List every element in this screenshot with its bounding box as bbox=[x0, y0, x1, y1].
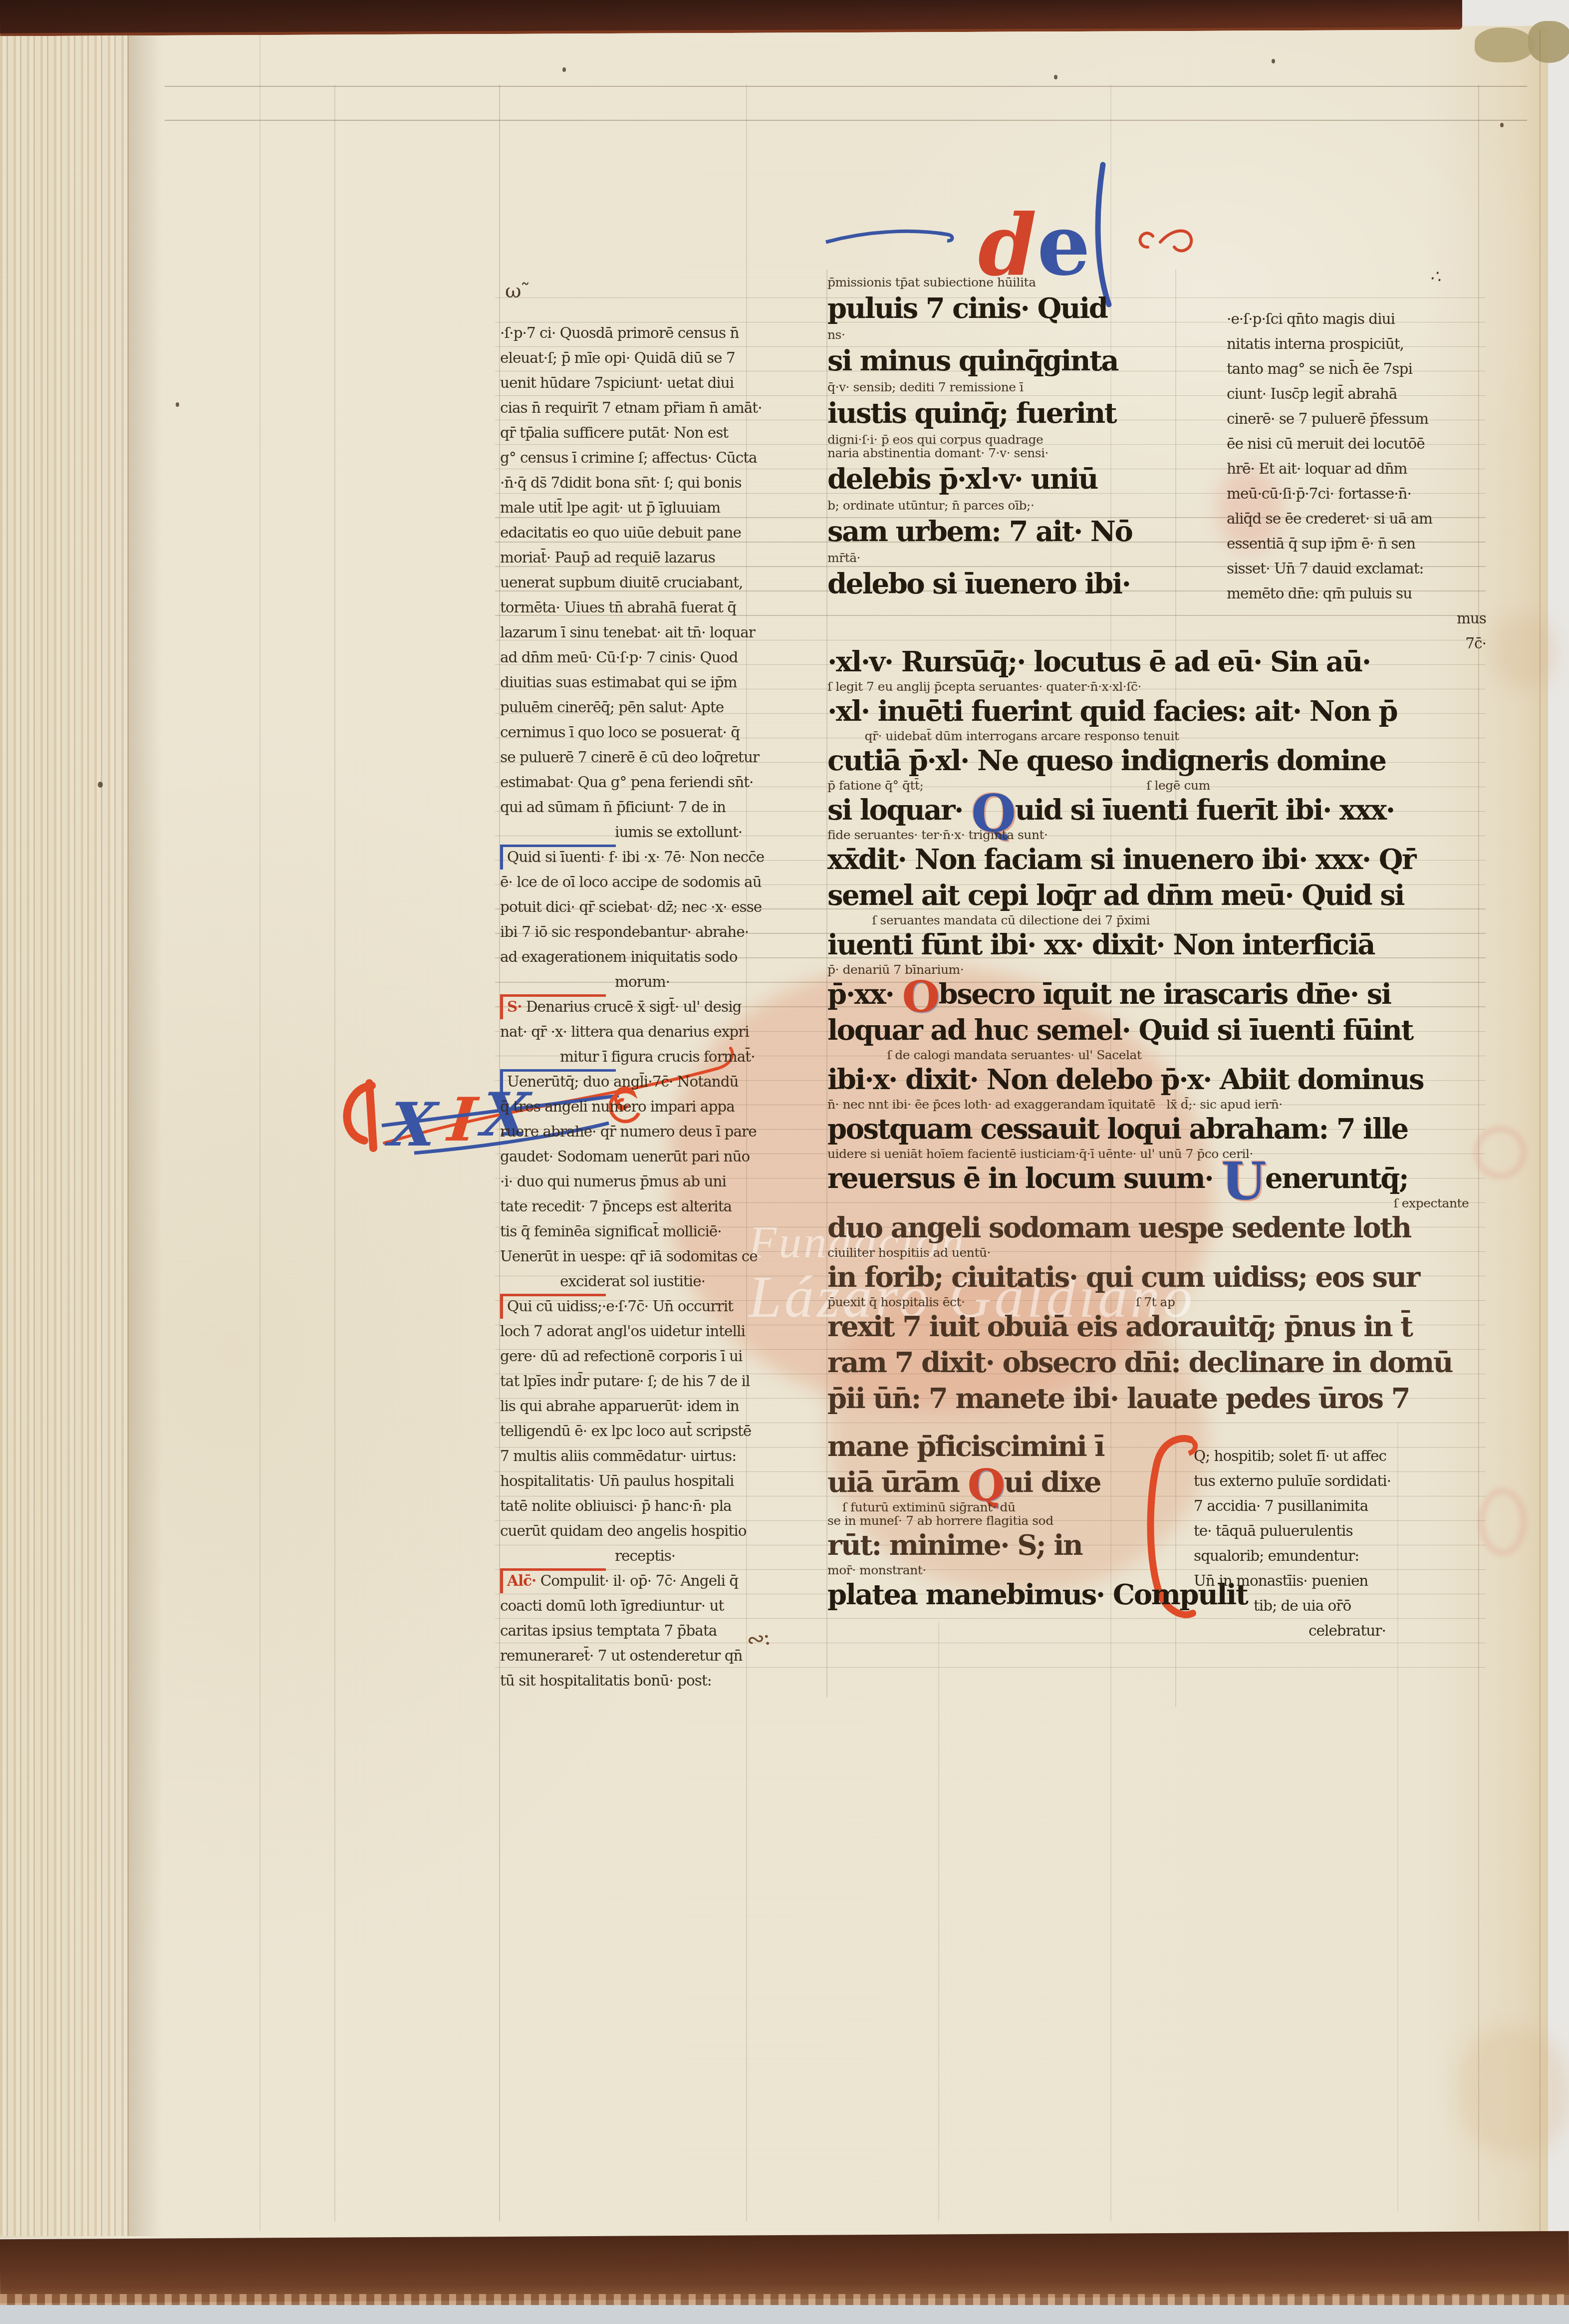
bottom-binding-edge bbox=[0, 2231, 1569, 2303]
gloss-line: Quid si īuenti· f· ibi ·x· 7ē· Non necc̄… bbox=[500, 845, 752, 870]
line-text: ē· lce de oī loco accipe de sodomis aū bbox=[500, 873, 762, 890]
line-text: semel ait cepi loq̄r ad dn̄m meū· Quid s… bbox=[827, 879, 1404, 912]
gloss-line: Alc̄· Compulit· il· op̄· 7c̄· Angeli q̄ bbox=[500, 1568, 752, 1593]
bible-line: p̄ fatione q̄° q̄tt̄; ſ legē cum bbox=[827, 779, 1491, 792]
line-text: Q; hospitib; solet fī· ut affec bbox=[1194, 1448, 1386, 1464]
line-text: qr̄· uidebat̄ dūm interrogans arcare res… bbox=[827, 729, 1179, 743]
line-text: g° census ī crimine ſ; affectus· Cūcta bbox=[500, 449, 757, 466]
line-text: p̄missionis tp̄at subiectione hūilita bbox=[827, 275, 1036, 290]
page-edge-crease bbox=[1540, 30, 1541, 2231]
line-text: uid si īuenti fuerīt ibi· xxx· bbox=[1015, 794, 1394, 827]
line-text: ſ legit 7 eu anglij p̄cepta seruantes· q… bbox=[827, 679, 1141, 694]
line-text: loquar ad huc semel· Quid si īuenti fūin… bbox=[827, 1014, 1413, 1047]
line-text: nat· qr̄ ·x· littera qua denarius expri bbox=[500, 1023, 749, 1040]
gloss-line: uenit hūdare 7spiciunt· uetat diui bbox=[500, 370, 752, 395]
gloss-line: qr̄ tp̄alia sufficere putāt· Non est bbox=[500, 420, 752, 445]
gloss-line: receptis· bbox=[615, 1543, 752, 1568]
line-text: Denarius crucē x̄ sigt̄· ul' desig bbox=[522, 998, 742, 1015]
bible-line: in forib; ciuitatis· qui cum uidiss; eos… bbox=[827, 1259, 1491, 1295]
gloss-line: remuneraret̄· 7 ut ostenderetur qn̄ bbox=[500, 1643, 752, 1668]
gloss-line: tat lpīes ind̄r putare· ſ; de his 7 de i… bbox=[500, 1369, 752, 1394]
gloss-line: tis q̄ feminēa significat̄ molliciē· bbox=[500, 1219, 752, 1244]
line-text: hrē· Et ait· loquar ad dn̄m bbox=[1227, 460, 1407, 477]
stain bbox=[1457, 2027, 1569, 2156]
speck bbox=[176, 402, 179, 407]
gloss-line: lazarum ī sinu tenebat· ait tn̄· loquar bbox=[500, 620, 752, 645]
line-text: telligendū ē· ex lpc loco aut̄ scripstē bbox=[500, 1423, 751, 1440]
line-text: iuenti fūnt ibi· xx· dixit· Non interfic… bbox=[827, 928, 1374, 961]
line-text: ſ de calogi mandata seruantes· ul' Sacel… bbox=[827, 1048, 1141, 1062]
gloss-line: ciunt· Iusc̄p legit̄ abrahā bbox=[1227, 381, 1486, 406]
line-text: delebo si īuenero ibi· bbox=[827, 568, 1130, 600]
line-text: tat lpīes ind̄r putare· ſ; de his 7 de i… bbox=[500, 1373, 750, 1390]
line-text: rexit 7 iuit obuiā eis adorauitq̄; p̄nus… bbox=[827, 1310, 1412, 1343]
gloss-line: cernimus ī quo loco se posuerat· q̄ bbox=[500, 720, 752, 745]
line-text-pre: si loquar· bbox=[827, 794, 971, 827]
bible-line: ſ seruantes mandata cū dilectione dei 7 … bbox=[827, 913, 1491, 927]
gloss-line: te· tāquā puluerulentis bbox=[1194, 1518, 1481, 1543]
line-text: se in muneſ· 7 ab horrere flagitia sod bbox=[827, 1513, 1053, 1528]
gloss-line: eleuat·ſ; p̄ mīe opi· Quidā diū se 7 bbox=[500, 345, 752, 370]
line-text: Un̄ in monastīis· puenien bbox=[1194, 1572, 1368, 1589]
bible-line: cutiā p̄·xl· Ne queso indigneris domine bbox=[827, 743, 1491, 779]
bible-line: p̄ii ūn̄: 7 manete ibi· lauate pedes ūro… bbox=[827, 1381, 1491, 1417]
gloss-line: 7 accidia· 7 pusillanimita bbox=[1194, 1493, 1481, 1518]
bible-line: si minus quinq̄ginta bbox=[827, 341, 1237, 380]
bible-text-column-top: p̄missionis tp̄at subiectione hūilitapul… bbox=[827, 276, 1237, 603]
line-text: exciderat sol iustitie· bbox=[560, 1273, 705, 1290]
gloss-line: ·i· duo qui numerus p̄mus ab uni bbox=[500, 1169, 752, 1194]
left-gloss-column: ·ſ·p·7 ci· Quosdā primorē census n̄eleua… bbox=[500, 320, 752, 1693]
gloss-line: caritas ipsius temptata 7 p̄bata bbox=[500, 1618, 752, 1643]
gloss-line: Uenerūt in uespe: qr̄ iā sodomitas ce bbox=[500, 1244, 752, 1269]
line-text: duo angeli sodomam uespe sedente loth bbox=[827, 1211, 1411, 1244]
gloss-line: diuitias suas estimabat qui se ip̄m bbox=[500, 670, 752, 695]
gloss-line: coacti domū loth īgrediuntur· ut bbox=[500, 1593, 752, 1618]
line-text-pre: p̄·xx· bbox=[827, 978, 902, 1011]
corner-weight bbox=[1475, 27, 1535, 62]
line-text: tū sit hospitalitatis bonū· post: bbox=[500, 1672, 712, 1689]
line-text: morum· bbox=[615, 973, 670, 990]
line-text-pre: reuersus ē in locum suum· bbox=[827, 1162, 1221, 1195]
decorated-initial: U bbox=[1221, 1152, 1265, 1212]
gloss-line: edacitatis eo quo uiūe debuit pane bbox=[500, 520, 752, 545]
line-text: celebratur· bbox=[1308, 1622, 1386, 1639]
line-text: uidere si ueniāt hoīem facientē iusticia… bbox=[827, 1147, 1253, 1161]
table-surface bbox=[0, 2305, 1569, 2324]
gloss-line: memēto dn̄e: qm̄ puluis su bbox=[1227, 581, 1486, 606]
gloss-line: tib; de uia or̄ō bbox=[1254, 1593, 1481, 1618]
right-gloss-column-bottom: Q; hospitib; solet fī· ut affectus exter… bbox=[1194, 1444, 1481, 1643]
line-text: si minus quinq̄ginta bbox=[827, 344, 1118, 377]
gloss-line: Qui cū uidiss;·e·ſ·7c̄· Un̄ occurrit bbox=[500, 1294, 752, 1319]
bible-line: qr̄· uidebat̄ dūm interrogans arcare res… bbox=[827, 729, 1491, 743]
line-text: Quid si īuenti· f· ibi ·x· 7ē· Non necc̄… bbox=[507, 849, 764, 866]
line-text: Uenerūt in uespe: qr̄ iā sodomitas ce bbox=[500, 1248, 758, 1265]
gloss-line: S· Denarius crucē x̄ sigt̄· ul' desig bbox=[500, 994, 752, 1019]
gloss-line: telligendū ē· ex lpc loco aut̄ scripstē bbox=[500, 1419, 752, 1444]
line-text: edacitatis eo quo uiūe debuit pane bbox=[500, 524, 741, 541]
gloss-line: tus externo puluīe sordidati· bbox=[1194, 1468, 1481, 1493]
line-text: ·xl· inuēti fuerint quid facies: ait· No… bbox=[827, 695, 1397, 728]
line-text: mane p̄ficiscimini ī bbox=[827, 1430, 1104, 1463]
line-text: gaudet· Sodomam uenerūt pari nūo bbox=[500, 1148, 750, 1165]
line-text: potuit dici· qr̄ sciebat· dz̄; nec ·x· e… bbox=[500, 898, 762, 915]
bible-line: postquam cessauit loqui abraham: 7 ille bbox=[827, 1111, 1491, 1147]
bible-line: iustis quinq̄; fuerint bbox=[827, 394, 1237, 433]
line-text: puluēm cinerēq̄; pēn salut· Apte bbox=[500, 699, 724, 716]
gloss-line: se puluerē 7 cinerē ē cū deo loq̄retur bbox=[500, 745, 752, 770]
line-text: puluis 7 cinis· Quid bbox=[827, 292, 1107, 325]
gloss-line: ēe nisi cū meruit dei locutōē bbox=[1227, 431, 1486, 456]
bible-line: p̄missionis tp̄at subiectione hūilita bbox=[827, 276, 1237, 289]
line-text: diuitias suas estimabat qui se ip̄m bbox=[500, 674, 737, 691]
line-text: p̄· denariū 7 bīnarium· bbox=[827, 962, 964, 977]
gloss-line: mitur ī figura crucis format̄· bbox=[560, 1044, 752, 1069]
gloss-line: hrē· Et ait· loquar ad dn̄m bbox=[1227, 456, 1486, 481]
line-text: iustis quinq̄; fuerint bbox=[827, 397, 1116, 430]
decorated-initial: Alc̄· bbox=[507, 1572, 536, 1589]
gloss-line: cias n̄ requirīt 7 etnam pr̄iam n̄ amāt· bbox=[500, 395, 752, 420]
line-text: ruere abrahe· qr̄ numero deus ī pare bbox=[500, 1123, 757, 1140]
prick-mark bbox=[1272, 59, 1275, 63]
gloss-line: cinerē· se 7 puluerē p̄fessum bbox=[1227, 406, 1486, 431]
line-text: p̄ fatione q̄° q̄tt̄; ſ legē cum bbox=[827, 778, 1210, 793]
line-text: xx̄dit· Non faciam si inuenero ibi· xxx·… bbox=[827, 843, 1415, 876]
bible-line: delebis p̄·xl·v· uniū bbox=[827, 460, 1237, 499]
gloss-line: exciderat sol iustitie· bbox=[560, 1269, 752, 1294]
bible-line: semel ait cepi loq̄r ad dn̄m meū· Quid s… bbox=[827, 877, 1491, 913]
bible-line: uidere si ueniāt hoīem facientē iusticia… bbox=[827, 1147, 1491, 1161]
blue-flourish bbox=[826, 231, 952, 242]
line-text: ·xl·v· Rursūq̄;· locutus ē ad eū· Sin aū… bbox=[827, 645, 1370, 678]
bible-line: ram 7 dixit· obsecro dn̄i: declinare in … bbox=[827, 1345, 1491, 1381]
line-text: ſ seruantes mandata cū dilectione dei 7 … bbox=[827, 913, 1150, 927]
gloss-line: hospitalitatis· Un̄ paulus hospitali bbox=[500, 1468, 752, 1493]
line-text: tate recedit· 7 p̄nceps est alterita bbox=[500, 1198, 732, 1215]
line-text: ad exagerationem iniquitatis sodo bbox=[500, 948, 737, 965]
line-text: fide seruantes· ter·n̄·x· triginta sunt· bbox=[827, 828, 1048, 842]
gloss-line: uenerat supbum diuitē cruciabant, bbox=[500, 570, 752, 595]
line-text: qui ad sūmam n̄ p̄ficiunt· 7 de in bbox=[500, 799, 726, 816]
bible-line: loquar ad huc semel· Quid si īuenti fūin… bbox=[827, 1012, 1491, 1048]
ruling-line bbox=[165, 86, 1527, 87]
line-text: eneruntq̄; bbox=[1265, 1162, 1408, 1195]
gloss-line: nitatis interna prospiciūt, bbox=[1227, 331, 1486, 356]
line-text: memēto dn̄e: qm̄ puluis su bbox=[1227, 585, 1412, 602]
gloss-line: ·n̄·q̄ ds̄ 7didit bona sn̄t· ſ; qui boni… bbox=[500, 470, 752, 495]
line-text: p̄uexit q̄ hospitalis ēct· ſ 7t ap bbox=[827, 1295, 1175, 1309]
gloss-line: potuit dici· qr̄ sciebat· dz̄; nec ·x· e… bbox=[500, 894, 752, 919]
bible-line: p̄·xx· Obsecro īquit ne irascaris dn̄e· … bbox=[827, 976, 1491, 1012]
bible-line: q̄·v· sensib; dediti 7 remissione ī bbox=[827, 380, 1237, 394]
line-text: ·n̄·q̄ ds̄ 7didit bona sn̄t· ſ; qui boni… bbox=[500, 474, 742, 491]
line-text: tus externo puluīe sordidati· bbox=[1194, 1472, 1391, 1489]
gloss-line: Un̄ in monastīis· puenien bbox=[1194, 1568, 1481, 1593]
line-text: cuerūt quidam deo angelis hospitio bbox=[500, 1522, 747, 1539]
gloss-line: morum· bbox=[615, 969, 752, 994]
line-text: n̄· nec nnt ibi· ēe p̄ces loth· ad exagg… bbox=[827, 1097, 1283, 1112]
bible-line: ciuiliter hospitiis ad uentū· bbox=[827, 1246, 1491, 1259]
line-text: delebis p̄·xl·v· uniū bbox=[827, 463, 1097, 496]
line-text: male utit̄ lpe agit· ut p̄ īgluuiam bbox=[500, 499, 720, 516]
bible-line: xx̄dit· Non faciam si inuenero ibi· xxx·… bbox=[827, 842, 1491, 877]
line-text: qr̄ tp̄alia sufficere putāt· Non est bbox=[500, 424, 728, 441]
gloss-line: ē· lce de oī loco accipe de sodomis aū bbox=[500, 870, 752, 894]
bible-line: ns· bbox=[827, 328, 1237, 341]
gloss-line: lis qui abrahe apparuerūt· idem in bbox=[500, 1394, 752, 1419]
line-text: te· tāquā puluerulentis bbox=[1194, 1522, 1353, 1539]
line-text: ·e·ſ·p·ſci qn̄to magis diui bbox=[1227, 310, 1395, 327]
line-text: loch 7 adorat angl'os uidetur intelli bbox=[500, 1323, 745, 1340]
bible-text-column-main: ·xl·v· Rursūq̄;· locutus ē ad eū· Sin aū… bbox=[827, 644, 1491, 1417]
line-text: lis qui abrahe apparuerūt· idem in bbox=[500, 1398, 739, 1415]
line-text: in forib; ciuitatis· qui cum uidiss; eos… bbox=[827, 1261, 1419, 1294]
gloss-line: tatē nolite obliuisci· p̄ hanc·n̄· pla bbox=[500, 1493, 752, 1518]
ruling-line bbox=[165, 120, 1527, 121]
line-text: q̄ tres angeli numero impari appa bbox=[500, 1098, 735, 1115]
line-text: nitatis interna prospiciūt, bbox=[1227, 335, 1404, 352]
gloss-line: celebratur· bbox=[1308, 1618, 1481, 1643]
line-text: cinerē· se 7 puluerē p̄fessum bbox=[1227, 410, 1428, 427]
bible-line: ſ legit 7 eu anglij p̄cepta seruantes· q… bbox=[827, 680, 1491, 693]
line-text: rūt: minime· S; in bbox=[827, 1529, 1082, 1562]
decorated-initial: S· bbox=[507, 998, 522, 1015]
line-text: squalorib; emundentur: bbox=[1194, 1547, 1359, 1564]
gloss-line: cuerūt quidam deo angelis hospitio bbox=[500, 1518, 752, 1543]
line-text: estimabat· Qua g° pena feriendi sn̄t· bbox=[500, 774, 753, 791]
gloss-line: sisset· Un̄ 7 dauid exclamat: bbox=[1227, 556, 1486, 581]
line-text: tanto mag° se nich̄ ēe 7spi bbox=[1227, 360, 1412, 377]
gloss-line: meū·cū·ſi·p̄·7ci· fortasse·n̄· bbox=[1227, 481, 1486, 506]
bible-line: p̄uexit q̄ hospitalis ēct· ſ 7t ap bbox=[827, 1295, 1491, 1309]
bible-line: duo angeli sodomam uespe sedente loth bbox=[827, 1210, 1491, 1246]
gloss-line: 7 multis aliis commēdatur· uirtus: bbox=[500, 1444, 752, 1468]
manuscript-photo: Fundación Lázaro Galdiano d e ω˜ ∴ ∾: X … bbox=[0, 0, 1569, 2324]
line-text: ciuiliter hospitiis ad uentū· bbox=[827, 1245, 991, 1260]
gloss-line: iumis se extollunt· bbox=[615, 820, 752, 845]
line-text: aliq̄d se ēe crederet· si uā am bbox=[1227, 510, 1432, 527]
bible-line: n̄· nec nnt ibi· ēe p̄ces loth· ad exagg… bbox=[827, 1098, 1491, 1111]
gutter-shadow bbox=[127, 26, 162, 2236]
line-text: q̄·v· sensib; dediti 7 remissione ī bbox=[827, 380, 1024, 394]
line-text: uenerat supbum diuitē cruciabant, bbox=[500, 574, 743, 591]
right-gloss-column-top: ·e·ſ·p·ſci qn̄to magis diuinitatis inter… bbox=[1227, 306, 1486, 656]
gloss-line: gere· dū ad refectionē corporis ī ui bbox=[500, 1344, 752, 1369]
line-text: bsecro īquit ne irascaris dn̄e· si bbox=[939, 978, 1391, 1011]
line-text: naria abstinentia domant· 7·v· sensi· bbox=[827, 446, 1048, 460]
line-text: iumis se extollunt· bbox=[615, 824, 742, 841]
line-text: tis q̄ feminēa significat̄ molliciē· bbox=[500, 1223, 722, 1240]
line-text: essentiā q̄ sup ip̄m ē· n̄ sen bbox=[1227, 535, 1415, 552]
prick-mark bbox=[1500, 123, 1504, 127]
gloss-line: puluēm cinerēq̄; pēn salut· Apte bbox=[500, 695, 752, 720]
line-text: se puluerē 7 cinerē ē cū deo loq̄retur bbox=[500, 749, 759, 766]
bible-line: naria abstinentia domant· 7·v· sensi· bbox=[827, 446, 1237, 460]
gloss-line: ·e·ſ·p·ſci qn̄to magis diui bbox=[1227, 306, 1486, 331]
line-text: postquam cessauit loqui abraham: 7 ille bbox=[827, 1113, 1408, 1146]
gloss-line: nat· qr̄ ·x· littera qua denarius expri bbox=[500, 1019, 752, 1044]
line-text: ·ſ·p·7 ci· Quosdā primorē census n̄ bbox=[500, 324, 739, 341]
crease-line bbox=[260, 30, 261, 2231]
gloss-line: mus bbox=[1227, 606, 1486, 631]
bible-line: digni·ſ·i· p̄ eos qui corpus quadrage bbox=[827, 433, 1237, 446]
bible-line: delebo si īuenero ibi· bbox=[827, 565, 1237, 603]
bible-line: ·xl· inuēti fuerint quid facies: ait· No… bbox=[827, 693, 1491, 729]
line-text: ·i· duo qui numerus p̄mus ab uni bbox=[500, 1173, 726, 1190]
bible-line: b; ordinate utūntur; n̄ parces oīb;· bbox=[827, 499, 1237, 512]
line-text: p̄ii ūn̄: 7 manete ibi· lauate pedes ūro… bbox=[827, 1382, 1409, 1415]
gloss-line: ruere abrahe· qr̄ numero deus ī pare bbox=[500, 1119, 752, 1144]
bible-line: mr̄tā· bbox=[827, 551, 1237, 565]
bible-line: ·xl·v· Rursūq̄;· locutus ē ad eū· Sin aū… bbox=[827, 644, 1491, 680]
gloss-line: gaudet· Sodomam uenerūt pari nūo bbox=[500, 1144, 752, 1169]
gloss-line: q̄ tres angeli numero impari appa bbox=[500, 1094, 752, 1119]
line-text: eleuat·ſ; p̄ mīe opi· Quidā diū se 7 bbox=[500, 349, 735, 366]
bible-line: reuersus ē in locum suum· Ueneruntq̄; bbox=[827, 1161, 1491, 1196]
line-text: uenit hūdare 7spiciunt· uetat diui bbox=[500, 374, 734, 391]
prick-mark bbox=[562, 67, 566, 72]
gloss-line: tanto mag° se nich̄ ēe 7spi bbox=[1227, 356, 1486, 381]
gloss-line: tū sit hospitalitatis bonū· post: bbox=[500, 1668, 752, 1693]
bible-line: si loquar· Quid si īuenti fuerīt ibi· xx… bbox=[827, 792, 1491, 828]
bible-line: ſ de calogi mandata seruantes· ul' Sacel… bbox=[827, 1048, 1491, 1062]
prick-mark bbox=[1054, 75, 1057, 79]
bible-line: rexit 7 iuit obuiā eis adorauitq̄; p̄nus… bbox=[827, 1309, 1491, 1345]
line-text: b; ordinate utūntur; n̄ parces oīb;· bbox=[827, 498, 1034, 513]
line-text: hospitalitatis· Un̄ paulus hospitali bbox=[500, 1472, 734, 1489]
line-text: cutiā p̄·xl· Ne queso indigneris domine bbox=[827, 744, 1385, 777]
line-text: ſ expectante bbox=[1394, 1196, 1491, 1210]
line-text: ibi 7 iō sic respondebantur· abrahe· bbox=[500, 923, 749, 940]
line-text: ciunt· Iusc̄p legit̄ abrahā bbox=[1227, 385, 1397, 402]
gloss-line: squalorib; emundentur: bbox=[1194, 1543, 1481, 1568]
line-text: cias n̄ requirīt 7 etnam pr̄iam n̄ amāt· bbox=[500, 399, 762, 416]
line-text: ns· bbox=[827, 327, 845, 342]
line-text: Uenerūtq̄; duo angl̄i·7c̄· Notandū bbox=[507, 1073, 739, 1090]
gloss-line: loch 7 adorat angl'os uidetur intelli bbox=[500, 1319, 752, 1344]
line-text: ibi·x· dixit· Non delebo p̄·x· Abiit dom… bbox=[827, 1063, 1423, 1096]
gloss-line: male utit̄ lpe agit· ut p̄ īgluuiam bbox=[500, 495, 752, 520]
line-text: 7 accidia· 7 pusillanimita bbox=[1194, 1497, 1368, 1514]
line-text: meū·cū·ſi·p̄·7ci· fortasse·n̄· bbox=[1227, 485, 1411, 502]
gloss-line: essentiā q̄ sup ip̄m ē· n̄ sen bbox=[1227, 531, 1486, 556]
line-text: tormēta· Uiues tn̄ abrahā fuerat q̄ bbox=[500, 599, 736, 616]
line-text: 7 multis aliis commēdatur· uirtus: bbox=[500, 1448, 736, 1464]
bible-line: sam urbem: 7 ait· Nō bbox=[827, 512, 1237, 551]
gloss-line: estimabat· Qua g° pena feriendi sn̄t· bbox=[500, 770, 752, 795]
quire-mark: ω˜ bbox=[505, 280, 529, 302]
ruling-line bbox=[938, 1622, 939, 2221]
bible-line: fide seruantes· ter·n̄·x· triginta sunt· bbox=[827, 828, 1491, 842]
line-text: lazarum ī sinu tenebat· ait tn̄· loquar bbox=[500, 624, 755, 641]
line-text: cernimus ī quo loco se posuerat· q̄ bbox=[500, 724, 740, 741]
gloss-line: Q; hospitib; solet fī· ut affec bbox=[1194, 1444, 1481, 1468]
line-text: remuneraret̄· 7 ut ostenderetur qn̄ bbox=[500, 1647, 743, 1664]
line-text: sisset· Un̄ 7 dauid exclamat: bbox=[1227, 560, 1423, 577]
corner-weight bbox=[1528, 21, 1569, 63]
line-text-pre: uiā ūrām bbox=[827, 1466, 968, 1499]
gloss-line: tormēta· Uiues tn̄ abrahā fuerat q̄ bbox=[500, 595, 752, 620]
line-text: ēe nisi cū meruit dei locutōē bbox=[1227, 435, 1425, 452]
line-text: tatē nolite obliuisci· p̄ hanc·n̄· pla bbox=[500, 1497, 732, 1514]
line-text: moriat̄· Paup̄ ad requiē lazarus bbox=[500, 549, 715, 566]
bible-line: puluis 7 cinis· Quid bbox=[827, 289, 1237, 328]
line-text: mr̄tā· bbox=[827, 551, 860, 565]
gloss-line: tate recedit· 7 p̄nceps est alterita bbox=[500, 1194, 752, 1219]
gloss-line: ad dn̄m meū· Cū·ſ·p· 7 cinis· Quod bbox=[500, 645, 752, 670]
gloss-line: aliq̄d se ēe crederet· si uā am bbox=[1227, 506, 1486, 531]
line-text: ſ futurū extiminū siḡrant· dū bbox=[827, 1500, 1016, 1514]
line-text: sam urbem: 7 ait· Nō bbox=[827, 515, 1132, 548]
gutter-page-stack bbox=[0, 26, 129, 2236]
line-text: digni·ſ·i· p̄ eos qui corpus quadrage bbox=[827, 432, 1043, 447]
line-text: Qui cū uidiss;·e·ſ·7c̄· Un̄ occurrit bbox=[507, 1298, 733, 1315]
line-text: tib; de uia or̄ō bbox=[1254, 1597, 1351, 1614]
gloss-line: moriat̄· Paup̄ ad requiē lazarus bbox=[500, 545, 752, 570]
line-text: gere· dū ad refectionē corporis ī ui bbox=[500, 1348, 742, 1365]
line-text: platea manebimus· Compulit bbox=[827, 1578, 1247, 1611]
gloss-line: qui ad sūmam n̄ p̄ficiunt· 7 de in bbox=[500, 795, 752, 820]
gloss-line: ibi 7 iō sic respondebantur· abrahe· bbox=[500, 919, 752, 944]
line-text: caritas ipsius temptata 7 p̄bata bbox=[500, 1622, 717, 1639]
line-text: receptis· bbox=[615, 1547, 675, 1564]
line-text: ui dixe bbox=[1004, 1466, 1100, 1499]
gloss-line: Uenerūtq̄; duo angl̄i·7c̄· Notandū bbox=[500, 1069, 752, 1094]
line-text: mus bbox=[1457, 610, 1486, 627]
line-text: coacti domū loth īgrediuntur· ut bbox=[500, 1597, 724, 1614]
bible-line: iuenti fūnt ibi· xx· dixit· Non interfic… bbox=[827, 927, 1491, 963]
bible-line: ibi·x· dixit· Non delebo p̄·x· Abiit dom… bbox=[827, 1062, 1491, 1098]
line-text: ad dn̄m meū· Cū·ſ·p· 7 cinis· Quod bbox=[500, 649, 738, 666]
speck bbox=[98, 782, 103, 788]
red-paraph bbox=[347, 1083, 373, 1148]
gloss-line: ·ſ·p·7 ci· Quosdā primorē census n̄ bbox=[500, 320, 752, 345]
line-text: Compulit· il· op̄· 7c̄· Angeli q̄ bbox=[536, 1572, 738, 1589]
red-flourish bbox=[1140, 231, 1192, 251]
bible-line: ſ expectante bbox=[827, 1196, 1491, 1210]
gloss-line: g° census ī crimine ſ; affectus· Cūcta bbox=[500, 445, 752, 470]
gloss-line: ad exagerationem iniquitatis sodo bbox=[500, 944, 752, 969]
line-text: mor̄· monstrant· bbox=[827, 1563, 926, 1577]
line-text: ram 7 dixit· obsecro dn̄i: declinare in … bbox=[827, 1346, 1452, 1379]
line-text: mitur ī figura crucis format̄· bbox=[560, 1048, 755, 1065]
